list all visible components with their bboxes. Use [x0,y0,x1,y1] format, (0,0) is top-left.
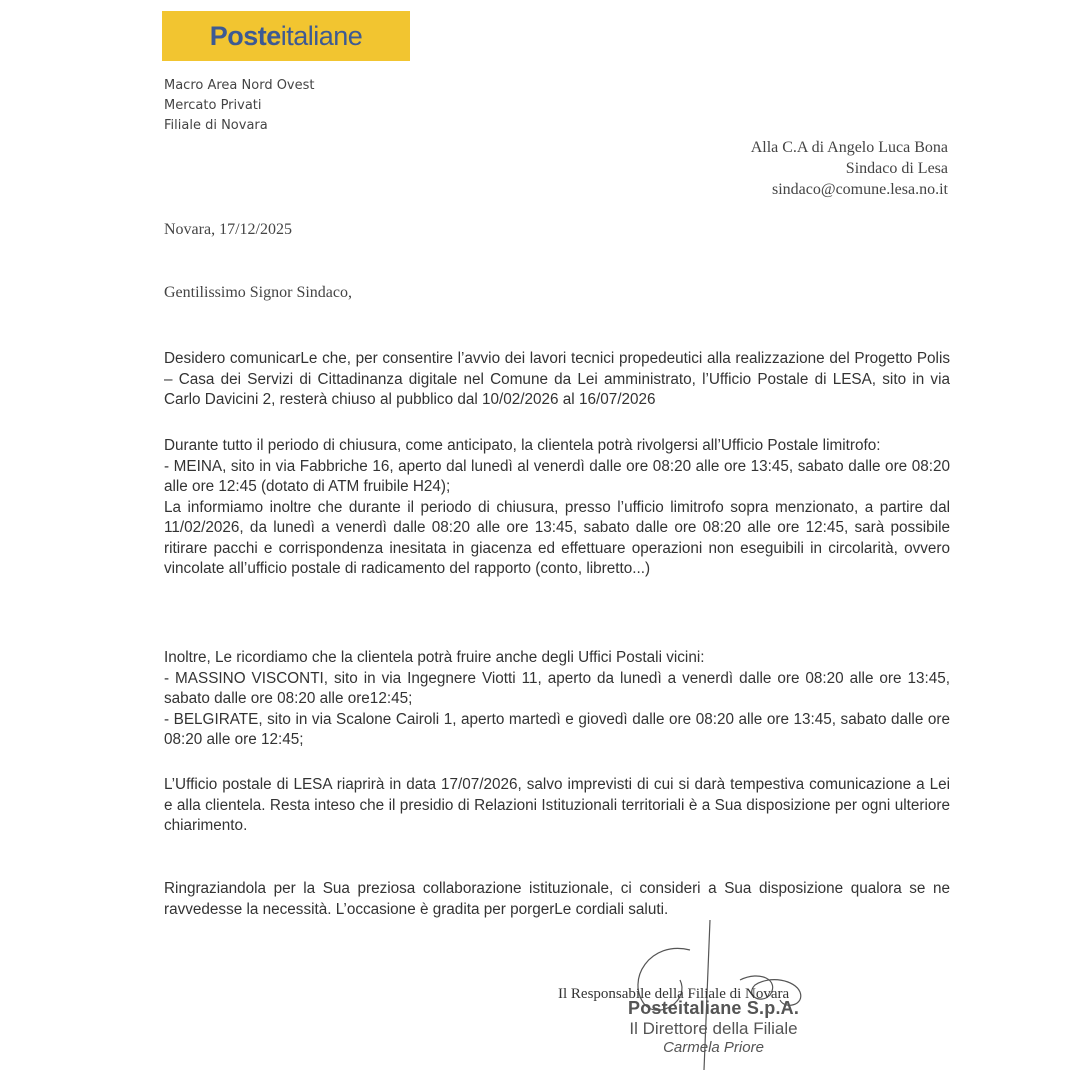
paragraph-line: - BELGIRATE, sito in via Scalone Cairoli… [164,710,950,751]
recipient-line: Sindaco di Lesa [751,158,948,179]
paragraph-line: La informiamo inoltre che durante il per… [164,498,950,580]
paragraph-text: Desidero comunicarLe che, per consentire… [164,349,950,411]
letter-date: Novara, 17/12/2025 [164,221,292,239]
recipient-address: Alla C.A di Angelo Luca Bona Sindaco di … [751,137,948,200]
stamp-company: Posteitaliane S.p.A. [628,998,799,1019]
paragraph-reopening: L’Ufficio postale di LESA riaprirà in da… [164,775,950,837]
recipient-line: Alla C.A di Angelo Luca Bona [751,137,948,158]
paragraph-closing: Ringraziandola per la Sua preziosa colla… [164,879,950,920]
paragraph-nearby-office: Durante tutto il periodo di chiusura, co… [164,436,950,580]
company-stamp: Posteitaliane S.p.A. Il Direttore della … [628,998,799,1056]
paragraph-closure-notice: Desidero comunicarLe che, per consentire… [164,349,950,411]
sender-line: Macro Area Nord Ovest [164,76,315,96]
greeting: Gentilissimo Signor Sindaco, [164,284,352,302]
logo-text-bold: Poste [210,21,281,52]
posteitaliane-logo: Posteitaliane [162,11,410,61]
paragraph-line: - MEINA, sito in via Fabbriche 16, apert… [164,457,950,498]
sender-line: Filiale di Novara [164,116,315,136]
sender-address: Macro Area Nord Ovest Mercato Privati Fi… [164,76,315,136]
logo-text-light: italiane [281,21,363,52]
signature-block: Il Responsabile della Filiale di Novara … [558,986,878,1003]
paragraph-line: - MASSINO VISCONTI, sito in via Ingegner… [164,669,950,710]
paragraph-text: Ringraziandola per la Sua preziosa colla… [164,879,950,920]
sender-line: Mercato Privati [164,96,315,116]
paragraph-line: Durante tutto il periodo di chiusura, co… [164,436,950,457]
recipient-email: sindaco@comune.lesa.no.it [751,179,948,200]
stamp-name: Carmela Priore [628,1039,799,1056]
stamp-role: Il Direttore della Filiale [628,1019,799,1039]
paragraph-other-offices: Inoltre, Le ricordiamo che la clientela … [164,648,950,751]
paragraph-text: L’Ufficio postale di LESA riaprirà in da… [164,775,950,837]
paragraph-line: Inoltre, Le ricordiamo che la clientela … [164,648,950,669]
